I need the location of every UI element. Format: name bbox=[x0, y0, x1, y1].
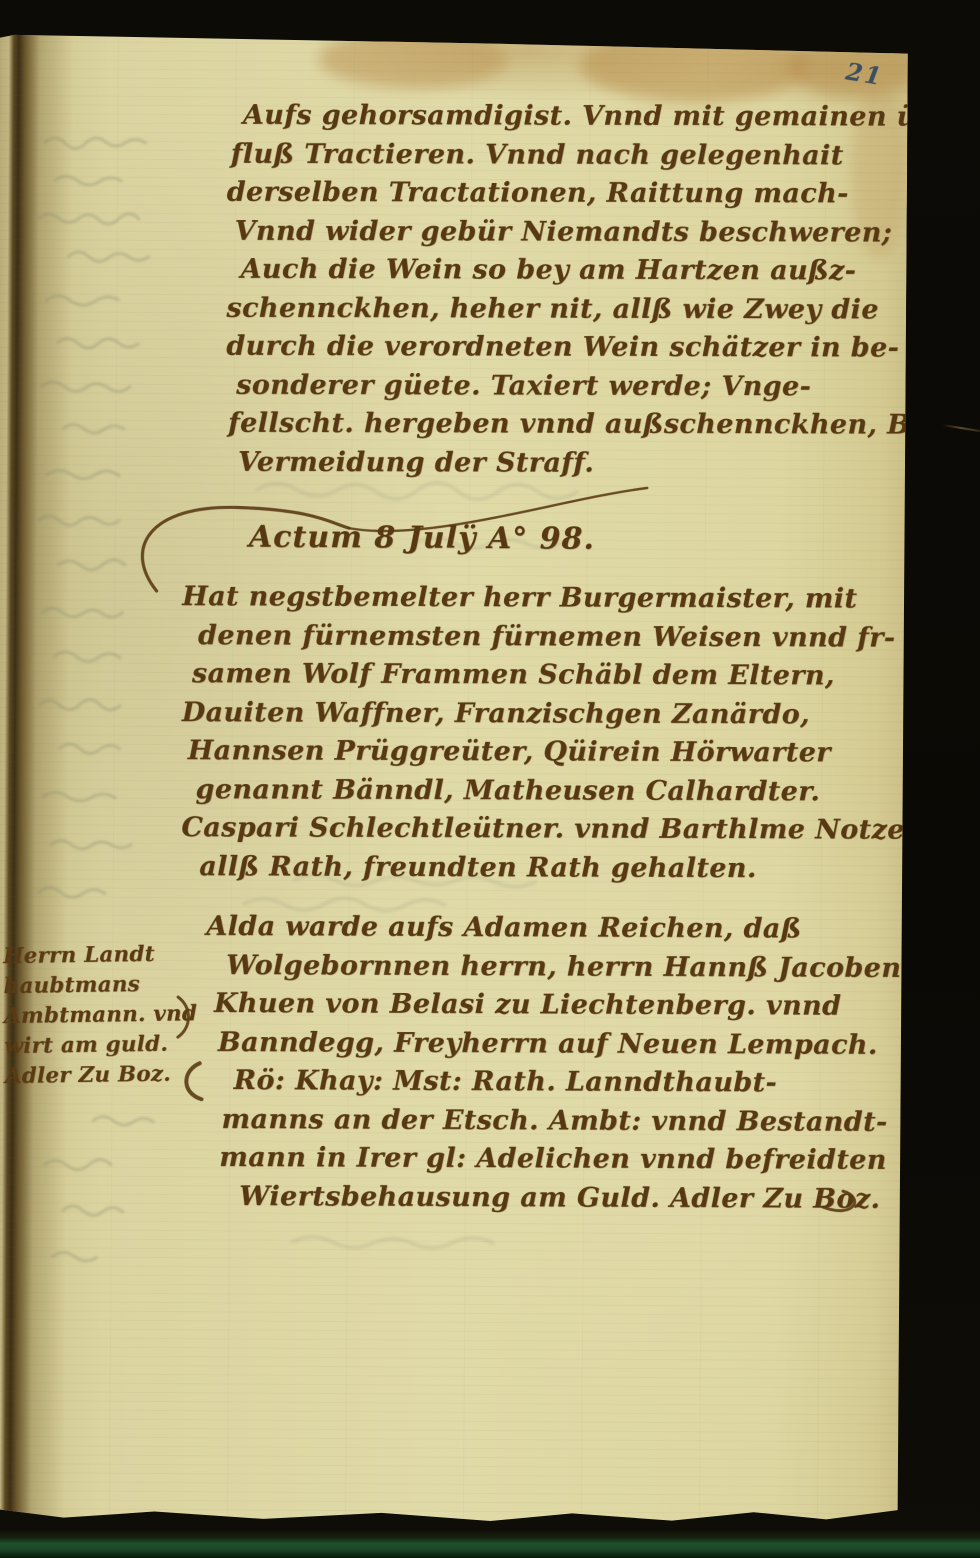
manuscript-text-line: Hat negstbemelter herr Burgermaister, mi… bbox=[182, 578, 926, 619]
folio-number: 21 bbox=[844, 58, 885, 90]
manuscript-text-line: fluß Tractieren. Vnnd nach gelegenhait bbox=[231, 135, 980, 175]
manuscript-text-line: genannt Bänndl, Matheusen Calhardter. bbox=[195, 771, 925, 812]
manuscript-text-line: Dauiten Waffner, Franzischgen Zanärdo, bbox=[182, 694, 926, 735]
paragraph-2: Hat negstbemelter herr Burgermaister, mi… bbox=[181, 578, 926, 889]
paragraph-1: Aufs gehorsamdigist. Vnnd mit gemainen ü… bbox=[226, 97, 980, 484]
manuscript-text-line: samen Wolf Frammen Schäbl dem Eltern, bbox=[192, 655, 926, 696]
manuscript-text-line: durch die verordneten Wein schätzer in b… bbox=[226, 328, 979, 368]
manuscript-text-line: Rö: Khay: Mst: Rath. Lanndthaubt- bbox=[234, 1062, 901, 1103]
manuscript-text-line: Banndegg, Freyherrn auf Neuen Lempach. bbox=[218, 1023, 901, 1064]
manuscript-text-line: schennckhen, heher nit, allß wie Zwey di… bbox=[226, 289, 979, 329]
manuscript-text-line: Caspari Schlechtleütner. vnnd Barthlme N… bbox=[181, 809, 925, 850]
manuscript-scan: 21 Aufs gehorsamdigist. Vnnd mit gemaine… bbox=[0, 0, 980, 1558]
book-fore-edge bbox=[902, 36, 964, 1516]
manuscript-text-line: Adler Zu Boz. bbox=[5, 1059, 199, 1092]
manuscript-text-line: Vnnd wider gebür Niemandts beschweren; bbox=[235, 212, 980, 252]
manuscript-text-line: derselben Tractationen, Raittung mach- bbox=[227, 174, 980, 214]
manuscript-text-line: mann in Irer gl: Adelichen vnnd befreidt… bbox=[219, 1139, 900, 1180]
water-stain bbox=[318, 30, 508, 89]
manuscript-text-line: Auch die Wein so bey am Hartzen außz- bbox=[240, 251, 979, 291]
manuscript-text-line: Ambtmann. vnd bbox=[4, 999, 198, 1032]
manuscript-text-line: fellscht. hergeben vnnd außschennckhen, … bbox=[228, 405, 979, 445]
manuscript-text-line: Vermeidung der Straff. bbox=[238, 443, 979, 483]
manuscript-text-line: haubtmans bbox=[3, 969, 197, 1002]
water-stain bbox=[580, 28, 810, 103]
margin-note: Herrn LandthaubtmansAmbtmann. vndwirt am… bbox=[3, 939, 198, 1092]
binding-gutter bbox=[0, 34, 74, 1518]
manuscript-text-line: Herrn Landt bbox=[3, 939, 197, 972]
manuscript-text-line: denen fürnemsten fürnemen Weisen vnnd fr… bbox=[198, 617, 926, 658]
manuscript-page: 21 Aufs gehorsamdigist. Vnnd mit gemaine… bbox=[0, 34, 908, 1524]
manuscript-text-line: Khuen von Belasi zu Liechtenberg. vnnd bbox=[214, 985, 901, 1026]
manuscript-text-line: Alda warde aufs Adamen Reichen, daß bbox=[206, 908, 901, 950]
manuscript-text-line: wirt am guld. bbox=[4, 1029, 198, 1062]
paragraph-3: Alda warde aufs Adamen Reichen, daßWolge… bbox=[205, 908, 902, 1219]
date-line: Actum 8 Julÿ A° 98. bbox=[249, 518, 595, 560]
manuscript-text-line: Wolgebornnen herrn, herrn Hannß Jacoben bbox=[226, 946, 901, 987]
manuscript-text-line: Aufs gehorsamdigist. Vnnd mit gemainen ü… bbox=[243, 97, 980, 137]
manuscript-text-line: sonderer güete. Taxiert werde; Vnge- bbox=[236, 366, 979, 406]
manuscript-text-line: Wiertsbehausung am Guld. Adler Zu Boz. bbox=[239, 1178, 900, 1219]
table-edge-stripe bbox=[0, 1530, 980, 1558]
manuscript-text-line: Hannsen Prüggreüter, Qüirein Hörwarter bbox=[188, 732, 926, 773]
manuscript-text-line: manns an der Etsch. Ambt: vnnd Bestandt- bbox=[221, 1100, 900, 1141]
manuscript-text-line: allß Rath, freundten Rath gehalten. bbox=[199, 848, 925, 889]
